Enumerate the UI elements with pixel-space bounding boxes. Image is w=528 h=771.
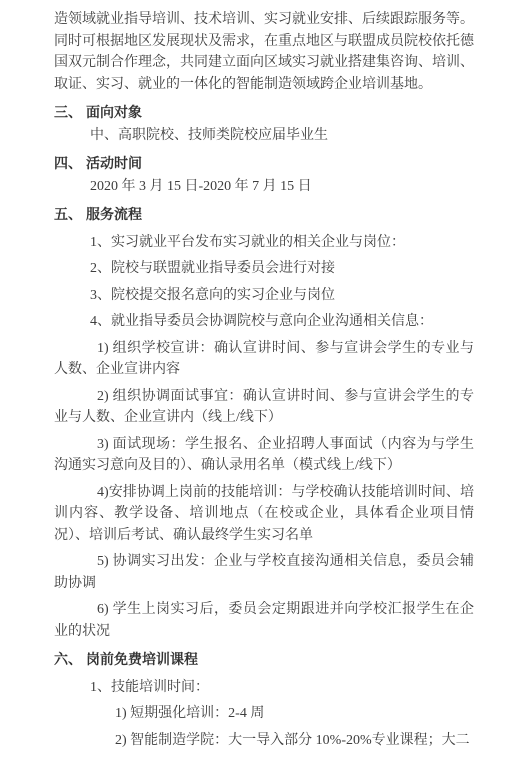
section-heading: 四、活动时间 bbox=[54, 154, 474, 176]
paragraph: 6) 学生上岗实习后，委员会定期跟进并向学校汇报学生在企业的状况 bbox=[54, 599, 474, 642]
document-page: 造领域就业指导培训、技术培训、实习就业安排、后续跟踪服务等。同时可根据地区发展现… bbox=[0, 0, 528, 771]
paragraph: 3) 面试现场：学生报名、企业招聘人事面试（内容为与学生沟通实习意向及目的）、确… bbox=[54, 434, 474, 477]
heading-title: 活动时间 bbox=[86, 157, 142, 172]
section-heading: 三、面向对象 bbox=[54, 103, 474, 125]
paragraph: 中、高职院校、技师类院校应届毕业生 bbox=[54, 125, 474, 147]
paragraph: 5) 协调实习出发：企业与学校直接沟通相关信息，委员会辅助协调 bbox=[54, 551, 474, 594]
paragraph: 1、实习就业平台发布实习就业的相关企业与岗位： bbox=[54, 232, 474, 254]
heading-title: 面向对象 bbox=[86, 106, 142, 121]
heading-number: 三、 bbox=[54, 103, 86, 125]
paragraph: 3、院校提交报名意向的实习企业与岗位 bbox=[54, 285, 474, 307]
heading-title: 岗前免费培训课程 bbox=[86, 653, 198, 668]
paragraph: 2) 智能制造学院：大一导入部分 10%-20%专业课程；大二 bbox=[54, 730, 474, 752]
paragraph: 2020 年 3 月 15 日-2020 年 7 月 15 日 bbox=[54, 176, 474, 198]
paragraph: 造领域就业指导培训、技术培训、实习就业安排、后续跟踪服务等。同时可根据地区发展现… bbox=[54, 9, 474, 95]
heading-number: 六、 bbox=[54, 650, 86, 672]
paragraph: 2) 组织协调面试事宜：确认宣讲时间、参与宣讲会学生的专业与人数、企业宣讲内（线… bbox=[54, 386, 474, 429]
section-heading: 五、服务流程 bbox=[54, 205, 474, 227]
paragraph: 4、就业指导委员会协调院校与意向企业沟通相关信息： bbox=[54, 311, 474, 333]
heading-number: 四、 bbox=[54, 154, 86, 176]
paragraph: 1) 组织学校宣讲：确认宣讲时间、参与宣讲会学生的专业与人数、企业宣讲内容 bbox=[54, 338, 474, 381]
section-heading: 六、岗前免费培训课程 bbox=[54, 650, 474, 672]
paragraph: 1、技能培训时间： bbox=[54, 677, 474, 699]
paragraph: 1) 短期强化培训：2-4 周 bbox=[54, 703, 474, 725]
paragraph: 2、院校与联盟就业指导委员会进行对接 bbox=[54, 258, 474, 280]
heading-number: 五、 bbox=[54, 205, 86, 227]
document-body: 造领域就业指导培训、技术培训、实习就业安排、后续跟踪服务等。同时可根据地区发展现… bbox=[54, 9, 474, 751]
paragraph: 4)安排协调上岗前的技能培训：与学校确认技能培训时间、培训内容、教学设备、培训地… bbox=[54, 482, 474, 547]
heading-title: 服务流程 bbox=[86, 208, 142, 223]
